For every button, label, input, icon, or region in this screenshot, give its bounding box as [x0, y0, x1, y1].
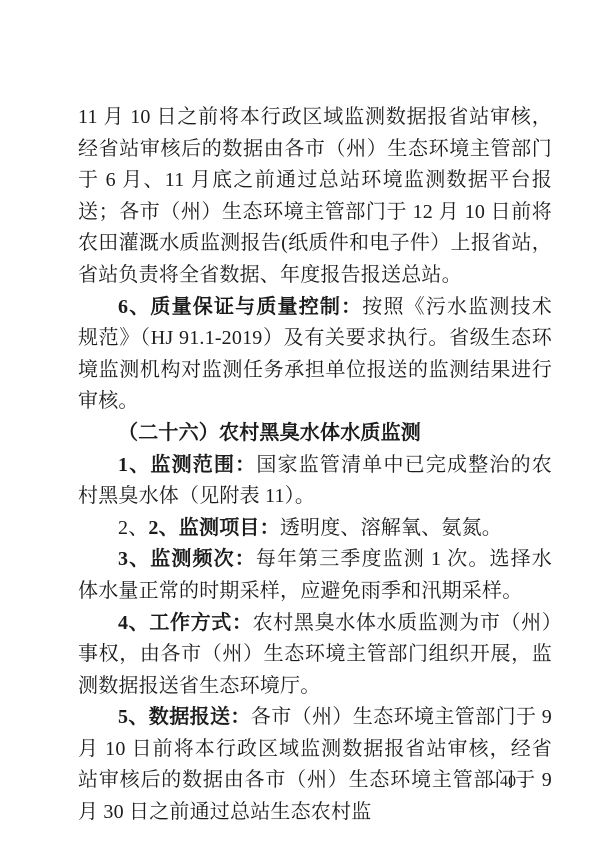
- section-heading: （二十六）农村黑臭水体水质监测: [78, 418, 552, 450]
- item-label: 3、监测频次：: [118, 548, 256, 570]
- paragraph-text: 透明度、溶解氧、氨氮。: [280, 517, 502, 539]
- item-label: 4、工作方式：: [118, 612, 253, 634]
- paragraph-continuation: 11 月 10 日之前将本行政区域监测数据报省站审核，经省站审核后的数据由各市（…: [78, 102, 552, 292]
- paragraph-item-3: 3、监测频次：每年第三季度监测 1 次。选择水体水量正常的时期采样，应避免雨季和…: [78, 544, 552, 607]
- paragraph-item-5: 5、数据报送：各市（州）生态环境主管部门于 9 月 10 日前将本行政区域监测数…: [78, 702, 552, 828]
- item-label: 2、监测项目：: [148, 517, 279, 539]
- paragraph-item-2: 2、2、监测项目：透明度、溶解氧、氨氮。: [78, 513, 552, 545]
- item-label: 5、数据报送：: [118, 706, 251, 728]
- item-label: 1、监测范围：: [118, 454, 256, 476]
- paragraph-text: 11 月 10 日之前将本行政区域监测数据报省站审核，经省站审核后的数据由各市（…: [78, 106, 552, 286]
- document-page: 11 月 10 日之前将本行政区域监测数据报省站审核，经省站审核后的数据由各市（…: [0, 0, 600, 848]
- item-prefix: 2、: [118, 517, 148, 539]
- page-number: - 40 -: [458, 772, 558, 792]
- paragraph-item-6: 6、质量保证与质量控制：按照《污水监测技术规范》（HJ 91.1-2019）及有…: [78, 292, 552, 418]
- document-body: 11 月 10 日之前将本行政区域监测数据报省站审核，经省站审核后的数据由各市（…: [78, 102, 552, 829]
- item-label: 6、质量保证与质量控制：: [118, 296, 362, 318]
- section-heading-text: （二十六）农村黑臭水体水质监测: [118, 422, 421, 444]
- paragraph-item-1: 1、监测范围：国家监管清单中已完成整治的农村黑臭水体（见附表 11）。: [78, 450, 552, 513]
- paragraph-item-4: 4、工作方式：农村黑臭水体水质监测为市（州）事权，由各市（州）生态环境主管部门组…: [78, 608, 552, 703]
